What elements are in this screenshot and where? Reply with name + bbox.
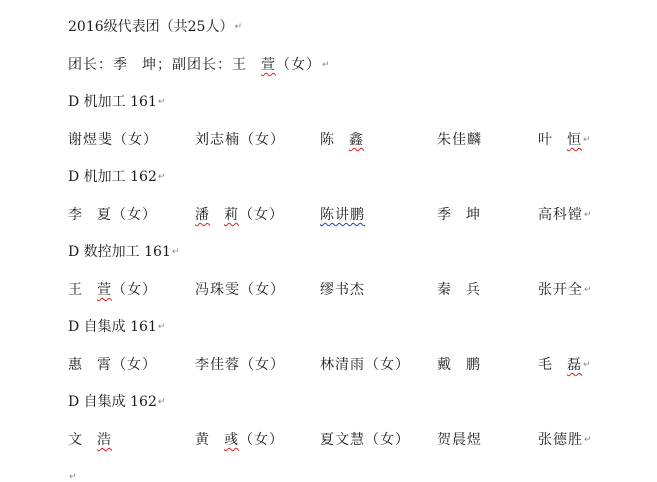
paragraph-mark-icon: ↵ bbox=[158, 322, 166, 332]
name-part: 戴 bbox=[437, 357, 452, 373]
member-name: 李佳蓉（女） bbox=[195, 355, 285, 375]
class-name: D 机加工 162 bbox=[68, 169, 157, 185]
deputy-label: ；副团长： bbox=[157, 57, 232, 73]
member-name: 张开全↵ bbox=[538, 280, 593, 300]
class-heading: D 数控加工 161↵ bbox=[68, 242, 179, 262]
name-part: 彧 bbox=[224, 432, 239, 448]
name-part: 磊 bbox=[567, 357, 582, 373]
name-part: 莉 bbox=[224, 207, 239, 223]
name-part: 惠 bbox=[68, 357, 83, 373]
leaders-line: 团长：季坤；副团长：王萱（女）↵ bbox=[68, 55, 331, 75]
leader-label: 团长： bbox=[68, 57, 113, 73]
leader-surname: 季 bbox=[113, 57, 128, 73]
member-name: 张德胜↵ bbox=[538, 430, 593, 450]
member-name: 叶恒↵ bbox=[538, 130, 592, 150]
class-name: D 自集成 162 bbox=[68, 394, 157, 410]
member-name: 陈讲鹏 bbox=[320, 205, 365, 225]
name-part: 贺晨煜 bbox=[437, 432, 482, 448]
name-part: 夏文慧（女） bbox=[320, 432, 410, 448]
name-part: 毛 bbox=[538, 357, 553, 373]
member-name: 贺晨煜 bbox=[437, 430, 482, 450]
member-name: 潘莉（女） bbox=[195, 205, 284, 225]
member-name: 文浩 bbox=[68, 430, 112, 450]
member-name: 谢煜斐（女） bbox=[68, 130, 158, 150]
class-name: D 机加工 161 bbox=[68, 94, 157, 110]
name-part: 朱佳麟 bbox=[437, 132, 482, 148]
member-name: 惠霄（女） bbox=[68, 355, 157, 375]
name-part: 浩 bbox=[97, 432, 112, 448]
class-name: D 数控加工 161 bbox=[68, 244, 171, 260]
paragraph-mark-icon: ↵ bbox=[172, 247, 180, 257]
member-name: 黄彧（女） bbox=[195, 430, 284, 450]
document-title: 2016级代表团（共25人）↵ bbox=[68, 17, 242, 37]
member-name: 冯珠雯（女） bbox=[195, 280, 285, 300]
name-part: 李佳蓉（女） bbox=[195, 357, 285, 373]
member-name: 高科镗↵ bbox=[538, 205, 593, 225]
name-part: 潘 bbox=[195, 207, 210, 223]
name-part: 陈 bbox=[320, 132, 335, 148]
name-part: 秦 bbox=[437, 282, 452, 298]
gender-note: （女） bbox=[112, 282, 157, 298]
member-name: 戴鹏 bbox=[437, 355, 481, 375]
name-part: 霄（女） bbox=[97, 357, 157, 373]
member-name: 夏文慧（女） bbox=[320, 430, 410, 450]
class-heading: D 自集成 162↵ bbox=[68, 392, 165, 412]
member-name: 林清雨（女） bbox=[320, 355, 410, 375]
member-name: 秦兵 bbox=[437, 280, 481, 300]
member-name: 朱佳麟 bbox=[437, 130, 482, 150]
member-name: 陈鑫 bbox=[320, 130, 364, 150]
name-part: 夏（女） bbox=[97, 207, 157, 223]
member-name: 李夏（女） bbox=[68, 205, 157, 225]
gender-note: （女） bbox=[239, 207, 284, 223]
name-part: 季 bbox=[437, 207, 452, 223]
deputy-gender: （女） bbox=[276, 57, 321, 73]
name-part: 冯珠雯（女） bbox=[195, 282, 285, 298]
deputy-surname: 王 bbox=[232, 57, 247, 73]
name-part: 陈讲鹏 bbox=[320, 207, 365, 223]
class-heading: D 机加工 161↵ bbox=[68, 92, 165, 112]
class-heading: D 自集成 161↵ bbox=[68, 317, 165, 337]
paragraph-mark-icon: ↵ bbox=[583, 135, 592, 145]
name-part: 坤 bbox=[466, 207, 481, 223]
name-part: 恒 bbox=[567, 132, 582, 148]
name-part: 鹏 bbox=[466, 357, 481, 373]
name-part: 王 bbox=[68, 282, 83, 298]
name-part: 张开全 bbox=[538, 282, 583, 298]
name-part: 黄 bbox=[195, 432, 210, 448]
member-name: 毛磊↵ bbox=[538, 355, 592, 375]
paragraph-mark-icon: ↵ bbox=[234, 22, 242, 32]
empty-paragraph: ↵ bbox=[68, 467, 77, 482]
leader-given: 坤 bbox=[142, 57, 157, 73]
paragraph-mark-icon: ↵ bbox=[158, 97, 166, 107]
paragraph-mark-icon: ↵ bbox=[69, 472, 77, 482]
name-part: 鑫 bbox=[349, 132, 364, 148]
paragraph-mark-icon: ↵ bbox=[584, 285, 593, 295]
deputy-given: 萱 bbox=[261, 57, 276, 73]
paragraph-mark-icon: ↵ bbox=[158, 397, 166, 407]
title-text: 2016级代表团（共25人） bbox=[68, 19, 233, 35]
name-part: 兵 bbox=[466, 282, 481, 298]
member-name: 季坤 bbox=[437, 205, 481, 225]
gender-note: （女） bbox=[239, 432, 284, 448]
name-part: 刘志楠（女） bbox=[195, 132, 285, 148]
paragraph-mark-icon: ↵ bbox=[158, 172, 166, 182]
paragraph-mark-icon: ↵ bbox=[584, 210, 593, 220]
name-part: 叶 bbox=[538, 132, 553, 148]
name-part: 李 bbox=[68, 207, 83, 223]
paragraph-mark-icon: ↵ bbox=[583, 360, 592, 370]
name-part: 张德胜 bbox=[538, 432, 583, 448]
member-name: 缪书杰 bbox=[320, 280, 365, 300]
class-name: D 自集成 161 bbox=[68, 319, 157, 335]
name-part: 高科镗 bbox=[538, 207, 583, 223]
name-part: 文 bbox=[68, 432, 83, 448]
name-part: 缪书杰 bbox=[320, 282, 365, 298]
class-heading: D 机加工 162↵ bbox=[68, 167, 165, 187]
paragraph-mark-icon: ↵ bbox=[322, 60, 331, 70]
name-part: 萱 bbox=[97, 282, 112, 298]
name-part: 林清雨（女） bbox=[320, 357, 410, 373]
member-name: 王萱（女） bbox=[68, 280, 157, 300]
paragraph-mark-icon: ↵ bbox=[584, 435, 593, 445]
member-name: 刘志楠（女） bbox=[195, 130, 285, 150]
name-part: 谢煜斐（女） bbox=[68, 132, 158, 148]
